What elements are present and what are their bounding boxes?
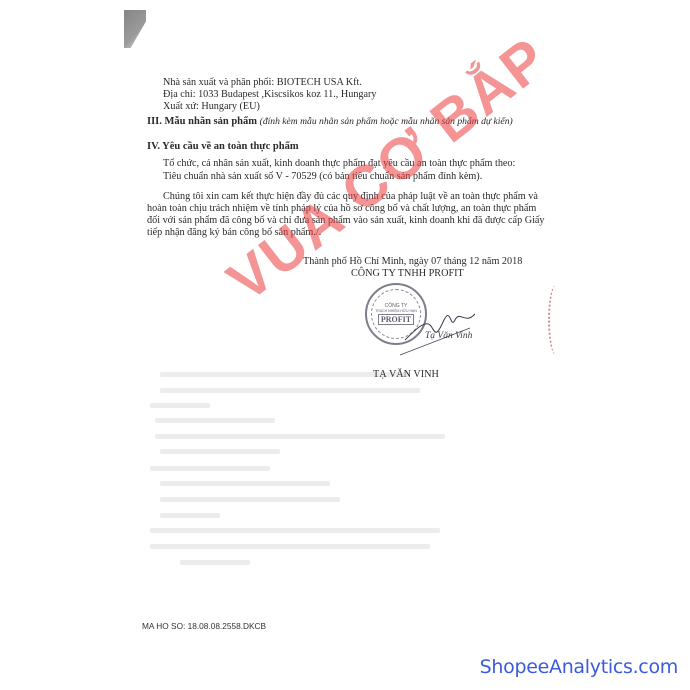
manufacturer-line: Nhà sản xuất và phân phối: BIOTECH USA K… bbox=[163, 77, 362, 89]
document-page: Nhà sản xuất và phân phối: BIOTECH USA K… bbox=[0, 0, 690, 690]
document-code: MA HO SO: 18.08.08.2558.DKCB bbox=[142, 621, 266, 631]
bleed-through-line bbox=[150, 528, 440, 533]
bleed-through-line bbox=[160, 497, 340, 502]
company-name: CÔNG TY TNHH PROFIT bbox=[351, 268, 464, 280]
bleed-through-line bbox=[150, 466, 270, 471]
bleed-through-line bbox=[160, 481, 330, 486]
bleed-through-line bbox=[160, 449, 280, 454]
signature-scribble bbox=[395, 300, 485, 360]
bleed-through-line bbox=[150, 544, 430, 549]
site-watermark: ShopeeAnalytics.com bbox=[480, 656, 678, 678]
signer-name: TẠ VĂN VINH bbox=[373, 369, 439, 381]
address-line: Địa chỉ: 1033 Budapest ,Kiscsikos koz 11… bbox=[163, 89, 377, 101]
bleed-through-line bbox=[150, 403, 210, 408]
bleed-through-line bbox=[155, 434, 445, 439]
origin-line: Xuất xứ: Hungary (EU) bbox=[163, 101, 260, 113]
section-3-title: III. Mẫu nhãn sản phẩm bbox=[147, 116, 257, 127]
bleed-through-line bbox=[180, 560, 250, 565]
section-4-title: IV. Yêu cầu về an toàn thực phẩm bbox=[147, 141, 299, 153]
torn-corner bbox=[124, 10, 146, 48]
bleed-through-line bbox=[160, 513, 220, 518]
bleed-through-line bbox=[155, 418, 275, 423]
place-date: Thành phố Hồ Chí Minh, ngày 07 tháng 12 … bbox=[303, 256, 522, 268]
edge-stamp-fragment bbox=[548, 285, 564, 355]
signature-name: Tạ Văn Vinh bbox=[425, 331, 472, 341]
bleed-through-line bbox=[160, 388, 420, 393]
